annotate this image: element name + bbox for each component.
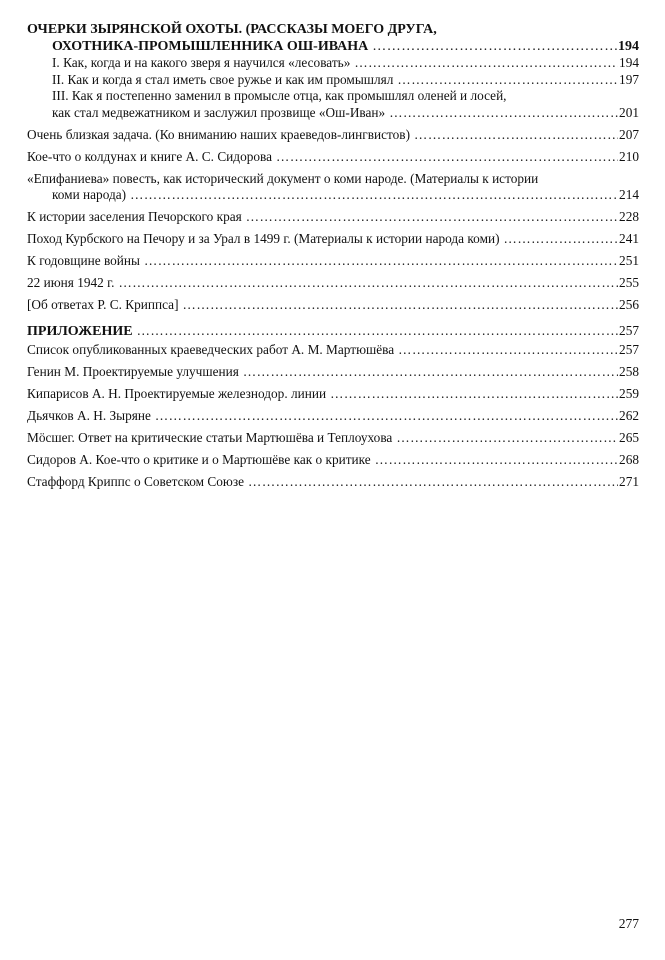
toc-section-title: ОЧЕРКИ ЗЫРЯНСКОЙ ОХОТЫ. (РАССКАЗЫ МОЕГО … bbox=[27, 22, 639, 55]
toc-entry: Кое-что о колдунах и книге А. С. Сидоров… bbox=[27, 149, 639, 166]
leader-dots bbox=[130, 187, 618, 204]
toc-entry-text: Поход Курбского на Печору и за Урал в 14… bbox=[27, 231, 500, 248]
table-of-contents: ОЧЕРКИ ЗЫРЯНСКОЙ ОХОТЫ. (РАССКАЗЫ МОЕГО … bbox=[27, 22, 639, 491]
leader-dots bbox=[248, 474, 618, 491]
toc-entry-text-line2: коми народа) bbox=[52, 187, 126, 204]
toc-entry-text: Стаффорд Криппс о Советском Союзе bbox=[27, 474, 244, 491]
toc-entry: [Об ответах Р. С. Криппса] 256 bbox=[27, 297, 639, 314]
toc-entry: Очень близкая задача. (Ко вниманию наших… bbox=[27, 127, 639, 144]
leader-dots bbox=[504, 231, 619, 248]
page-ref: 207 bbox=[619, 127, 639, 144]
page-ref: 257 bbox=[619, 323, 639, 340]
toc-subentry-text-line1: III. Как я постепенно заменил в промысле… bbox=[52, 88, 639, 105]
page-ref: 257 bbox=[619, 342, 639, 359]
page-ref: 210 bbox=[619, 149, 639, 166]
toc-subentry: III. Как я постепенно заменил в промысле… bbox=[27, 88, 639, 121]
leader-dots bbox=[372, 39, 617, 56]
toc-entry-text: [Об ответах Р. С. Криппса] bbox=[27, 297, 179, 314]
toc-section-title-line1: ОЧЕРКИ ЗЫРЯНСКОЙ ОХОТЫ. (РАССКАЗЫ МОЕГО … bbox=[27, 22, 639, 39]
page-ref: 258 bbox=[619, 364, 639, 381]
toc-entry: «Епифаниева» повесть, как исторический д… bbox=[27, 171, 639, 204]
toc-appendix-item: Кипарисов А. Н. Проектируемые железнодор… bbox=[27, 386, 639, 403]
leader-dots bbox=[246, 209, 618, 226]
appendix-title: ПРИЛОЖЕНИЕ bbox=[27, 324, 133, 341]
page-ref: 194 bbox=[619, 55, 639, 72]
leader-dots bbox=[137, 323, 618, 340]
toc-appendix-item: Стаффорд Криппс о Советском Союзе 271 bbox=[27, 474, 639, 491]
leader-dots bbox=[330, 386, 618, 403]
toc-subentry: I. Как, когда и на какого зверя я научил… bbox=[27, 55, 639, 72]
leader-dots bbox=[396, 430, 618, 447]
toc-appendix-item: Сидоров А. Кое-что о критике и о Мартюшё… bbox=[27, 452, 639, 469]
toc-entry-text: Сидоров А. Кое-что о критике и о Мартюшё… bbox=[27, 452, 371, 469]
leader-dots bbox=[276, 149, 618, 166]
page-ref: 271 bbox=[619, 474, 639, 491]
page-ref: 214 bbox=[619, 187, 639, 204]
page-ref: 265 bbox=[619, 430, 639, 447]
toc-entry-text: К истории заселения Печорского края bbox=[27, 209, 242, 226]
toc-entry-text-line1: «Епифаниева» повесть, как исторический д… bbox=[27, 171, 639, 188]
toc-entry: К истории заселения Печорского края 228 bbox=[27, 209, 639, 226]
toc-entry-text: Мöсшег. Ответ на критические статьи Март… bbox=[27, 430, 392, 447]
toc-appendix-item: Генин М. Проектируемые улучшения 258 bbox=[27, 364, 639, 381]
page-ref: 262 bbox=[619, 408, 639, 425]
page-ref: 241 bbox=[619, 231, 639, 248]
leader-dots bbox=[155, 408, 618, 425]
leader-dots bbox=[389, 105, 618, 122]
toc-entry: Поход Курбского на Печору и за Урал в 14… bbox=[27, 231, 639, 248]
leader-dots bbox=[118, 275, 618, 292]
toc-subentry-text: I. Как, когда и на какого зверя я научил… bbox=[52, 55, 350, 72]
toc-entry: К годовщине войны 251 bbox=[27, 253, 639, 270]
toc-appendix-item: Мöсшег. Ответ на критические статьи Март… bbox=[27, 430, 639, 447]
leader-dots bbox=[354, 55, 618, 72]
page-ref: 194 bbox=[618, 39, 639, 56]
toc-entry-text: Очень близкая задача. (Ко вниманию наших… bbox=[27, 127, 410, 144]
page-ref: 255 bbox=[619, 275, 639, 292]
toc-appendix-heading: ПРИЛОЖЕНИЕ 257 bbox=[27, 323, 639, 341]
toc-entry: 22 июня 1942 г. 255 bbox=[27, 275, 639, 292]
leader-dots bbox=[397, 72, 618, 89]
toc-entry-text: Список опубликованных краеведческих рабо… bbox=[27, 342, 394, 359]
toc-subentry-text-line2: как стал медвежатником и заслужил прозви… bbox=[52, 105, 385, 122]
page-number: 277 bbox=[619, 916, 639, 932]
toc-entry-text: К годовщине войны bbox=[27, 253, 140, 270]
toc-appendix-item: Список опубликованных краеведческих рабо… bbox=[27, 342, 639, 359]
leader-dots bbox=[144, 253, 618, 270]
leader-dots bbox=[243, 364, 618, 381]
toc-entry-text: Кое-что о колдунах и книге А. С. Сидоров… bbox=[27, 149, 272, 166]
leader-dots bbox=[414, 127, 618, 144]
leader-dots bbox=[183, 297, 619, 314]
toc-appendix-item: Дьячков А. Н. Зыряне 262 bbox=[27, 408, 639, 425]
toc-entry-text: 22 июня 1942 г. bbox=[27, 275, 114, 292]
toc-entry-text: Кипарисов А. Н. Проектируемые железнодор… bbox=[27, 386, 326, 403]
page-ref: 268 bbox=[619, 452, 639, 469]
toc-section-title-line2: ОХОТНИКА-ПРОМЫШЛЕННИКА ОШ-ИВАНА bbox=[52, 39, 368, 56]
page-ref: 256 bbox=[619, 297, 639, 314]
leader-dots bbox=[375, 452, 618, 469]
page-ref: 228 bbox=[619, 209, 639, 226]
toc-subentry: II. Как и когда я стал иметь свое ружье … bbox=[27, 72, 639, 89]
toc-subentry-text: II. Как и когда я стал иметь свое ружье … bbox=[52, 72, 393, 89]
page-ref: 201 bbox=[619, 105, 639, 122]
leader-dots bbox=[398, 342, 618, 359]
toc-entry-text: Дьячков А. Н. Зыряне bbox=[27, 408, 151, 425]
page-ref: 197 bbox=[619, 72, 639, 89]
toc-entry-text: Генин М. Проектируемые улучшения bbox=[27, 364, 239, 381]
page-ref: 259 bbox=[619, 386, 639, 403]
page-ref: 251 bbox=[619, 253, 639, 270]
